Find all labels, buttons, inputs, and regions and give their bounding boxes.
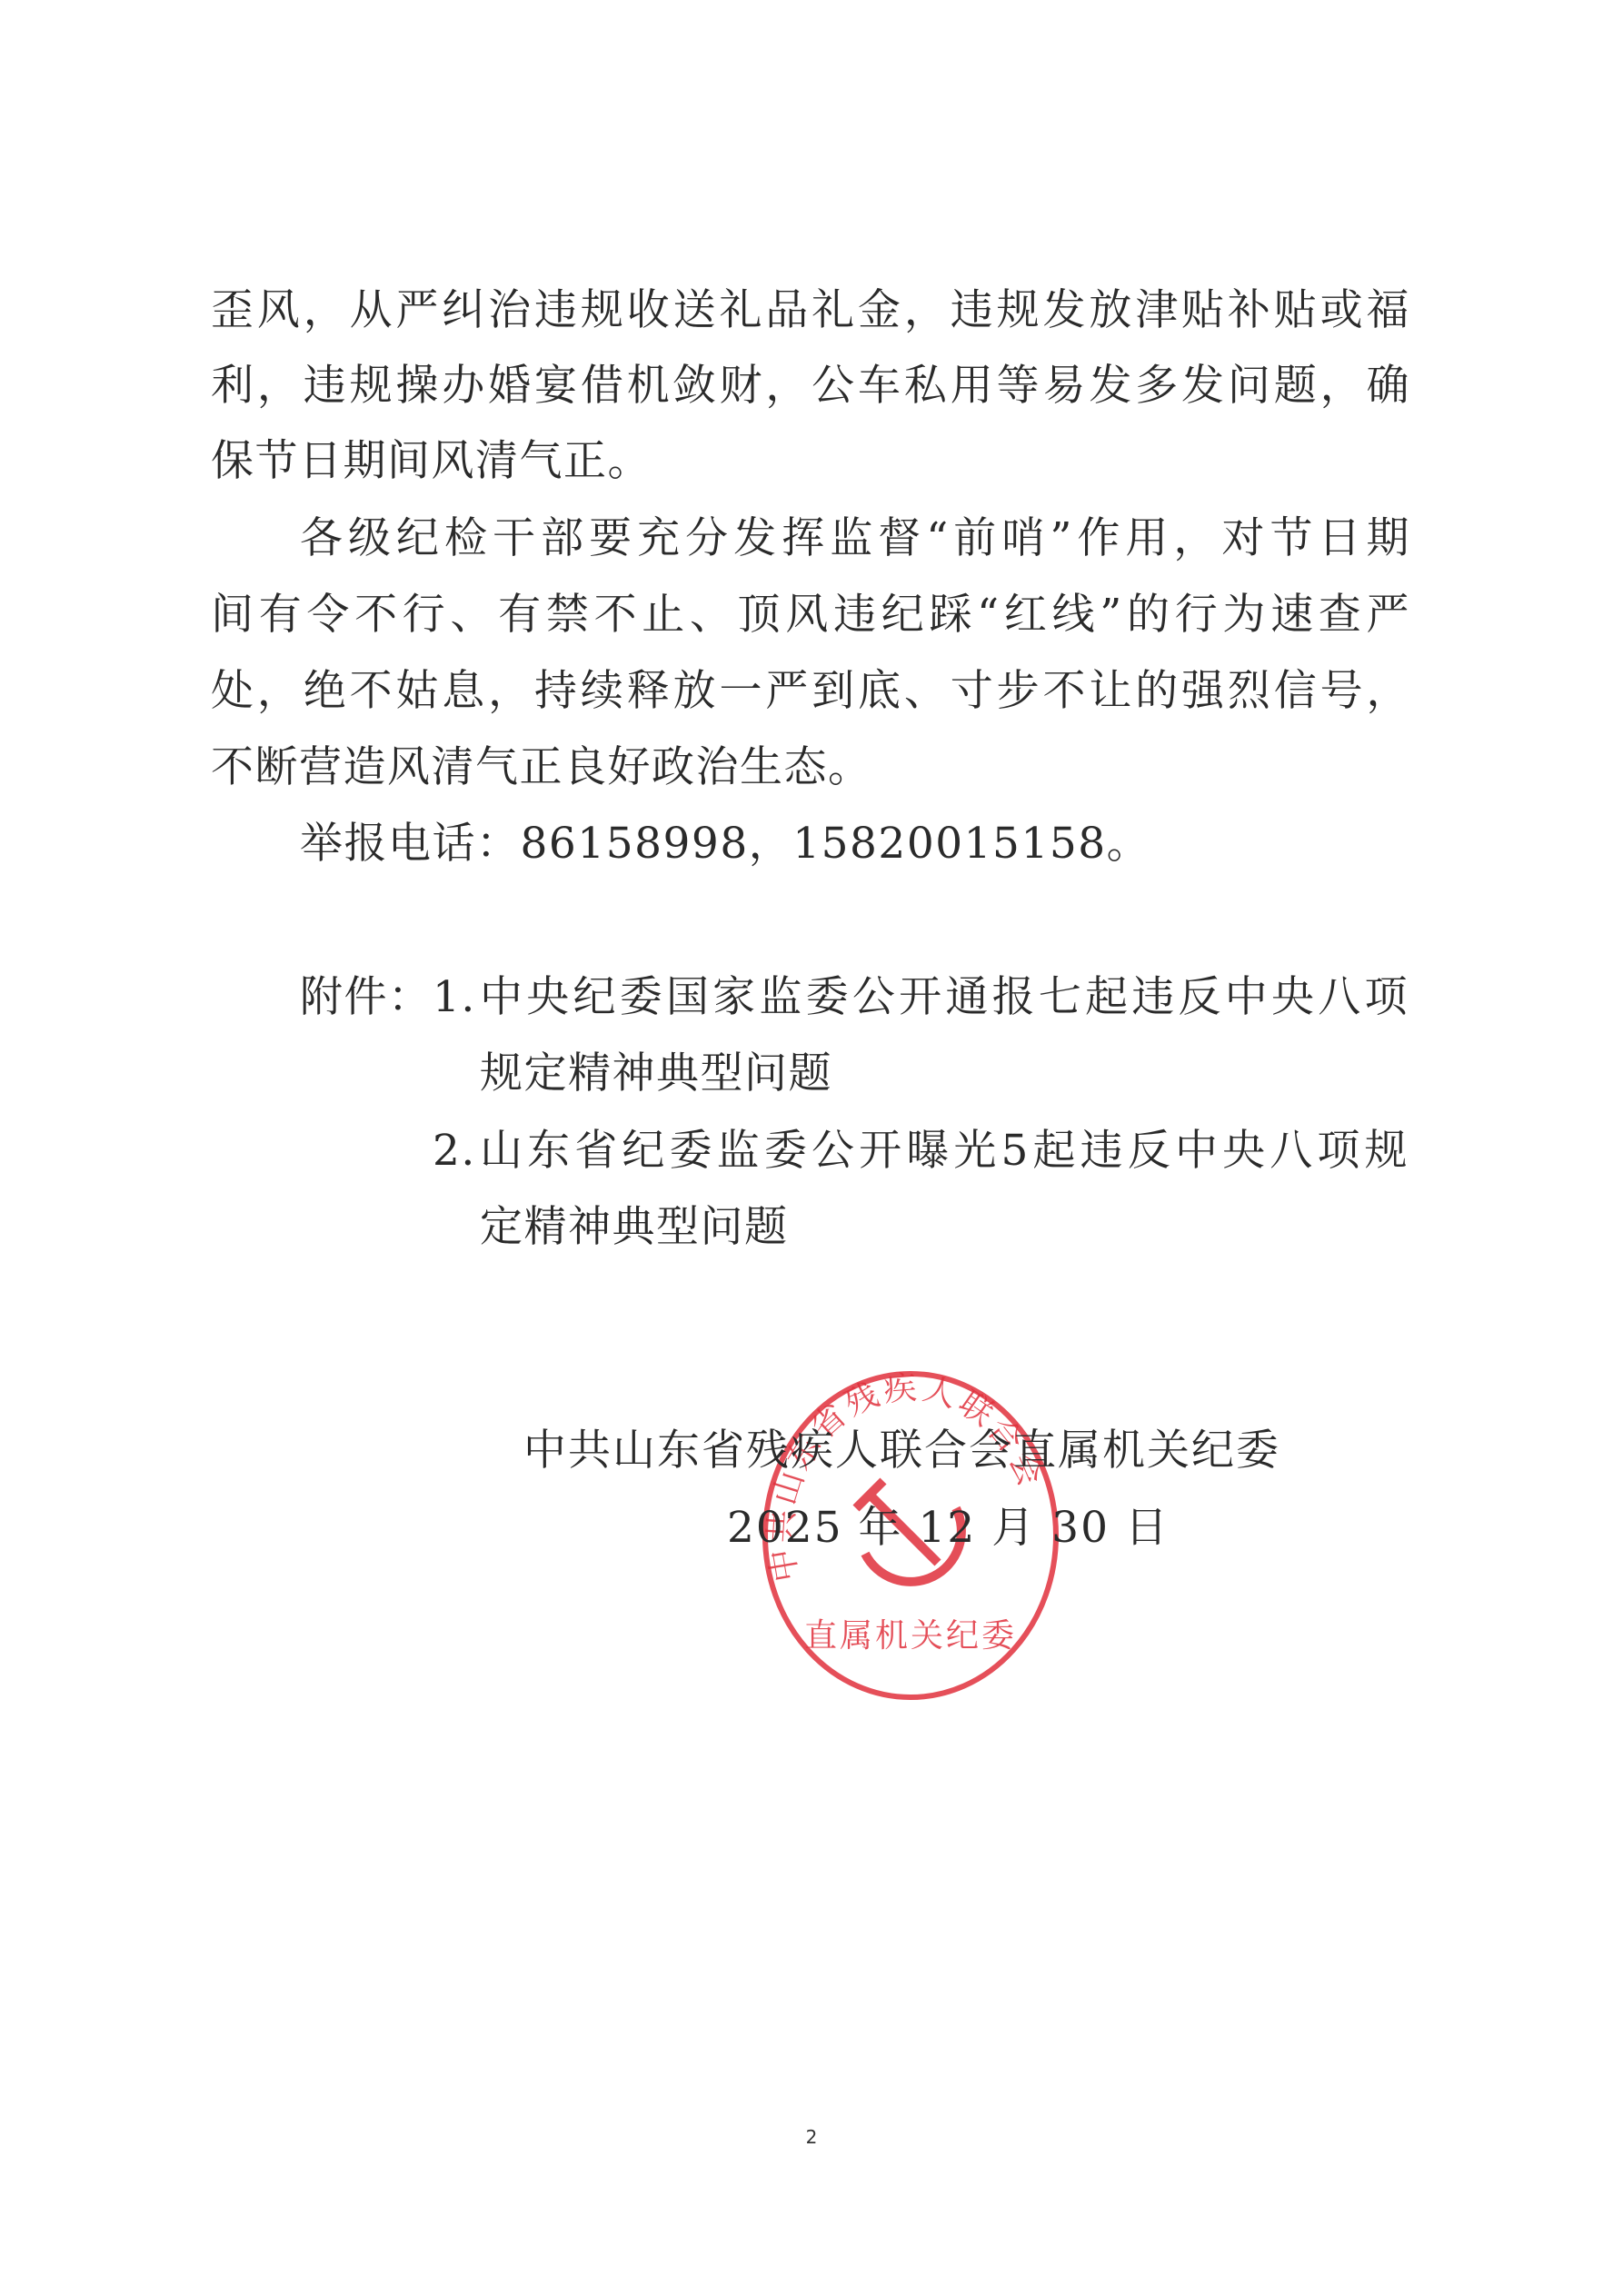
signature-organization: 中共山东省残疾人联合会直属机关纪委 [523, 1424, 1280, 1478]
document-page: 歪风，从严纠治违规收送礼品礼金，违规发放津贴补贴或福 利，违规操办婚宴借机敛财，… [0, 0, 1623, 2296]
hotline: 举报电话：86158998，15820015158。 [300, 817, 1150, 871]
attachments-label: 附件： [300, 970, 433, 1025]
paragraph1-line1: 歪风，从严纠治违规收送礼品礼金，违规发放津贴补贴或福 [211, 283, 1410, 338]
seal-inner-text: 直属机关纪委 [804, 1617, 1017, 1655]
paragraph2-line1: 各级纪检干部要充分发挥监督“前哨”作用，对节日期 [300, 512, 1410, 566]
paragraph1-line3: 保节日期间风清气正。 [211, 434, 652, 489]
attachment-2-number: 2. [433, 1124, 476, 1178]
paragraph2-line3: 处，绝不姑息，持续释放一严到底、寸步不让的强烈信号， [211, 664, 1410, 719]
paragraph1-line2: 利，违规操办婚宴借机敛财，公车私用等易发多发问题，确 [211, 359, 1410, 413]
attachment-1-line2: 规定精神典型问题 [480, 1047, 832, 1101]
attachment-1-line1: 中央纪委国家监委公开通报七起违反中央八项 [480, 970, 1409, 1025]
attachment-1-number: 1. [433, 970, 476, 1025]
signature-date: 2025 年 12 月 30 日 [727, 1501, 1170, 1556]
attachment-2-line1: 山东省纪委监委公开曝光5起违反中央八项规 [480, 1124, 1409, 1178]
paragraph2-line4: 不断营造风清气正良好政治生态。 [211, 740, 872, 795]
page-number: 2 [0, 2126, 1623, 2148]
paragraph2-line2: 间有令不行、有禁不止、顶风违纪踩“红线”的行为速查严 [211, 588, 1410, 642]
attachment-2-line2: 定精神典型问题 [480, 1200, 789, 1255]
